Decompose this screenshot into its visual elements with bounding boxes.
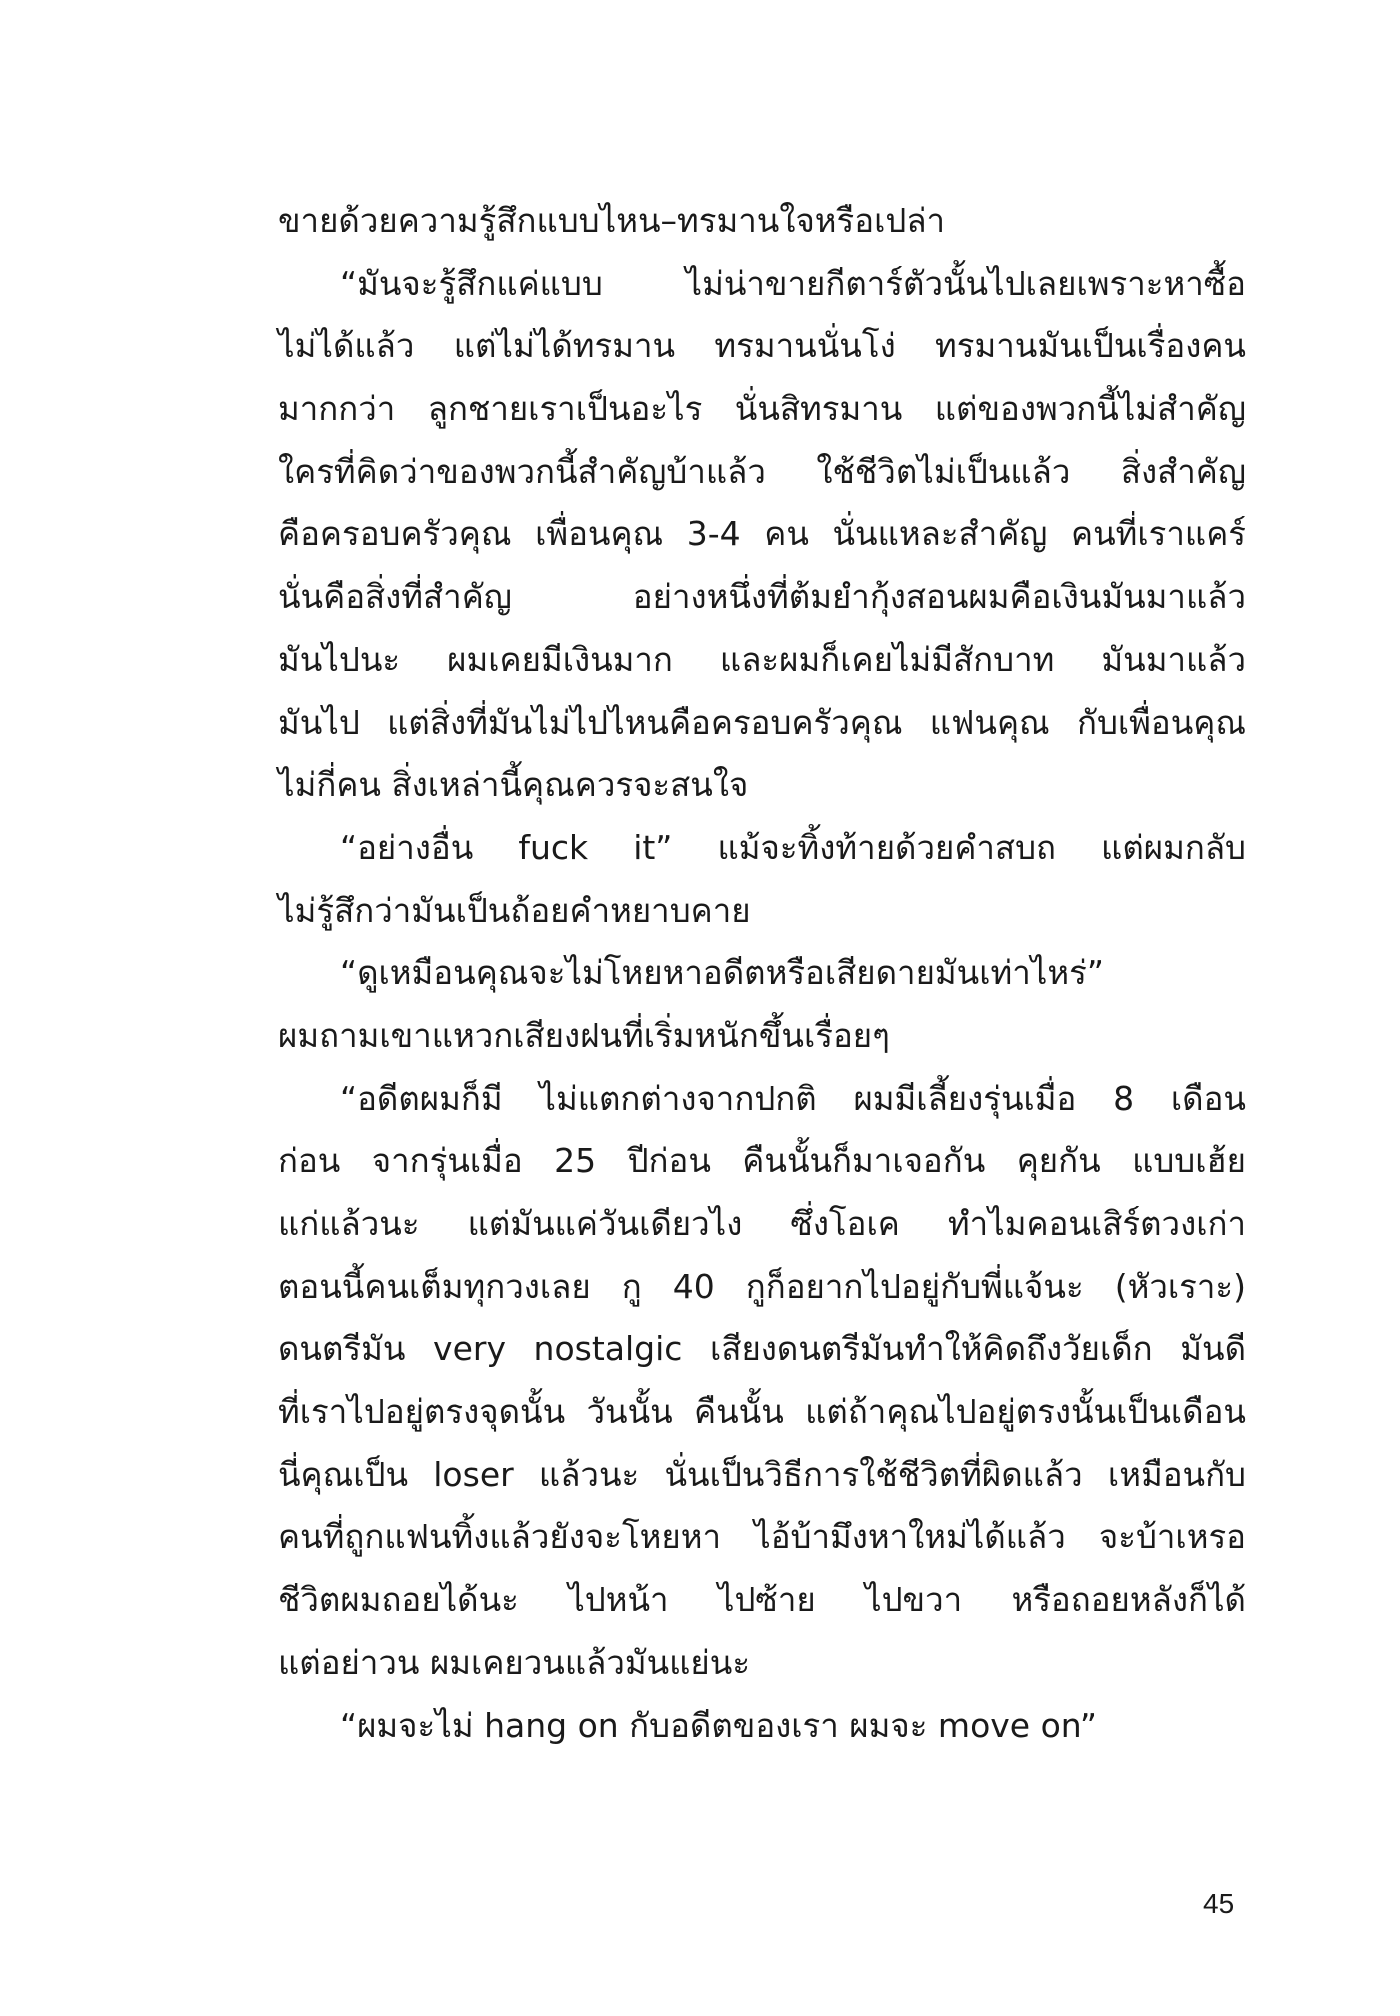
text-line: “อย่างอื่น fuck it” แม้จะทิ้งท้ายด้วยคำส… — [278, 817, 1246, 880]
text-line: ไม่ได้แล้ว แต่ไม่ได้ทรมาน ทรมานนั่นโง่ ท… — [278, 315, 1246, 378]
text-line: แต่อย่าวน ผมเคยวนแล้วมันแย่นะ — [278, 1632, 1246, 1695]
text-line: “ผมจะไม่ hang on กับอดีตของเรา ผมจะ move… — [278, 1695, 1246, 1758]
text-line: ดนตรีมัน very nostalgic เสียงดนตรีมันทำใ… — [278, 1318, 1246, 1381]
text-line: ใครที่คิดว่าของพวกนี้สำคัญบ้าแล้ว ใช้ชีว… — [278, 441, 1246, 504]
text-line: ขายด้วยความรู้สึกแบบไหน–ทรมานใจหรือเปล่า — [278, 190, 1246, 253]
text-line: นี่คุณเป็น loser แล้วนะ นั่นเป็นวิธีการใ… — [278, 1444, 1246, 1507]
text-line: ตอนนี้คนเต็มทุกวงเลย กู 40 กูก็อยากไปอยู… — [278, 1256, 1246, 1319]
text-line: มันไป แต่สิ่งที่มันไม่ไปไหนคือครอบครัวคุ… — [278, 692, 1246, 755]
book-page: ขายด้วยความรู้สึกแบบไหน–ทรมานใจหรือเปล่า… — [0, 0, 1400, 2016]
text-line: “ดูเหมือนคุณจะไม่โหยหาอดีตหรือเสียดายมัน… — [278, 942, 1246, 1005]
text-line: คนที่ถูกแฟนทิ้งแล้วยังจะโหยหา ไอ้บ้ามึงห… — [278, 1506, 1246, 1569]
text-line: ไม่กี่คน สิ่งเหล่านี้คุณควรจะสนใจ — [278, 754, 1246, 817]
text-line: “อดีตผมก็มี ไม่แตกต่างจากปกติ ผมมีเลี้ยง… — [278, 1068, 1246, 1131]
text-line: ไม่รู้สึกว่ามันเป็นถ้อยคำหยาบคาย — [278, 880, 1246, 943]
text-line: แก่แล้วนะ แต่มันแค่วันเดียวไง ซึ่งโอเค ท… — [278, 1193, 1246, 1256]
text-line: ชีวิตผมถอยได้นะ ไปหน้า ไปซ้าย ไปขวา หรือ… — [278, 1569, 1246, 1632]
text-line: ผมถามเขาแหวกเสียงฝนที่เริ่มหนักขึ้นเรื่อ… — [278, 1005, 1246, 1068]
text-line: นั่นคือสิ่งที่สำคัญ อย่างหนึ่งที่ต้มยำกุ… — [278, 566, 1246, 629]
text-line: คือครอบครัวคุณ เพื่อนคุณ 3-4 คน นั่นแหละ… — [278, 503, 1246, 566]
text-line: “มันจะรู้สึกแค่แบบ ไม่น่าขายกีตาร์ตัวนั้… — [278, 253, 1246, 316]
page-number: 45 — [1203, 1884, 1234, 1924]
text-line: มันไปนะ ผมเคยมีเงินมาก และผมก็เคยไม่มีสั… — [278, 629, 1246, 692]
text-line: มากกว่า ลูกชายเราเป็นอะไร นั่นสิทรมาน แต… — [278, 378, 1246, 441]
body-text: ขายด้วยความรู้สึกแบบไหน–ทรมานใจหรือเปล่า… — [278, 190, 1246, 1757]
text-line: ที่เราไปอยู่ตรงจุดนั้น วันนั้น คืนนั้น แ… — [278, 1381, 1246, 1444]
text-line: ก่อน จากรุ่นเมื่อ 25 ปีก่อน คืนนั้นก็มาเ… — [278, 1130, 1246, 1193]
